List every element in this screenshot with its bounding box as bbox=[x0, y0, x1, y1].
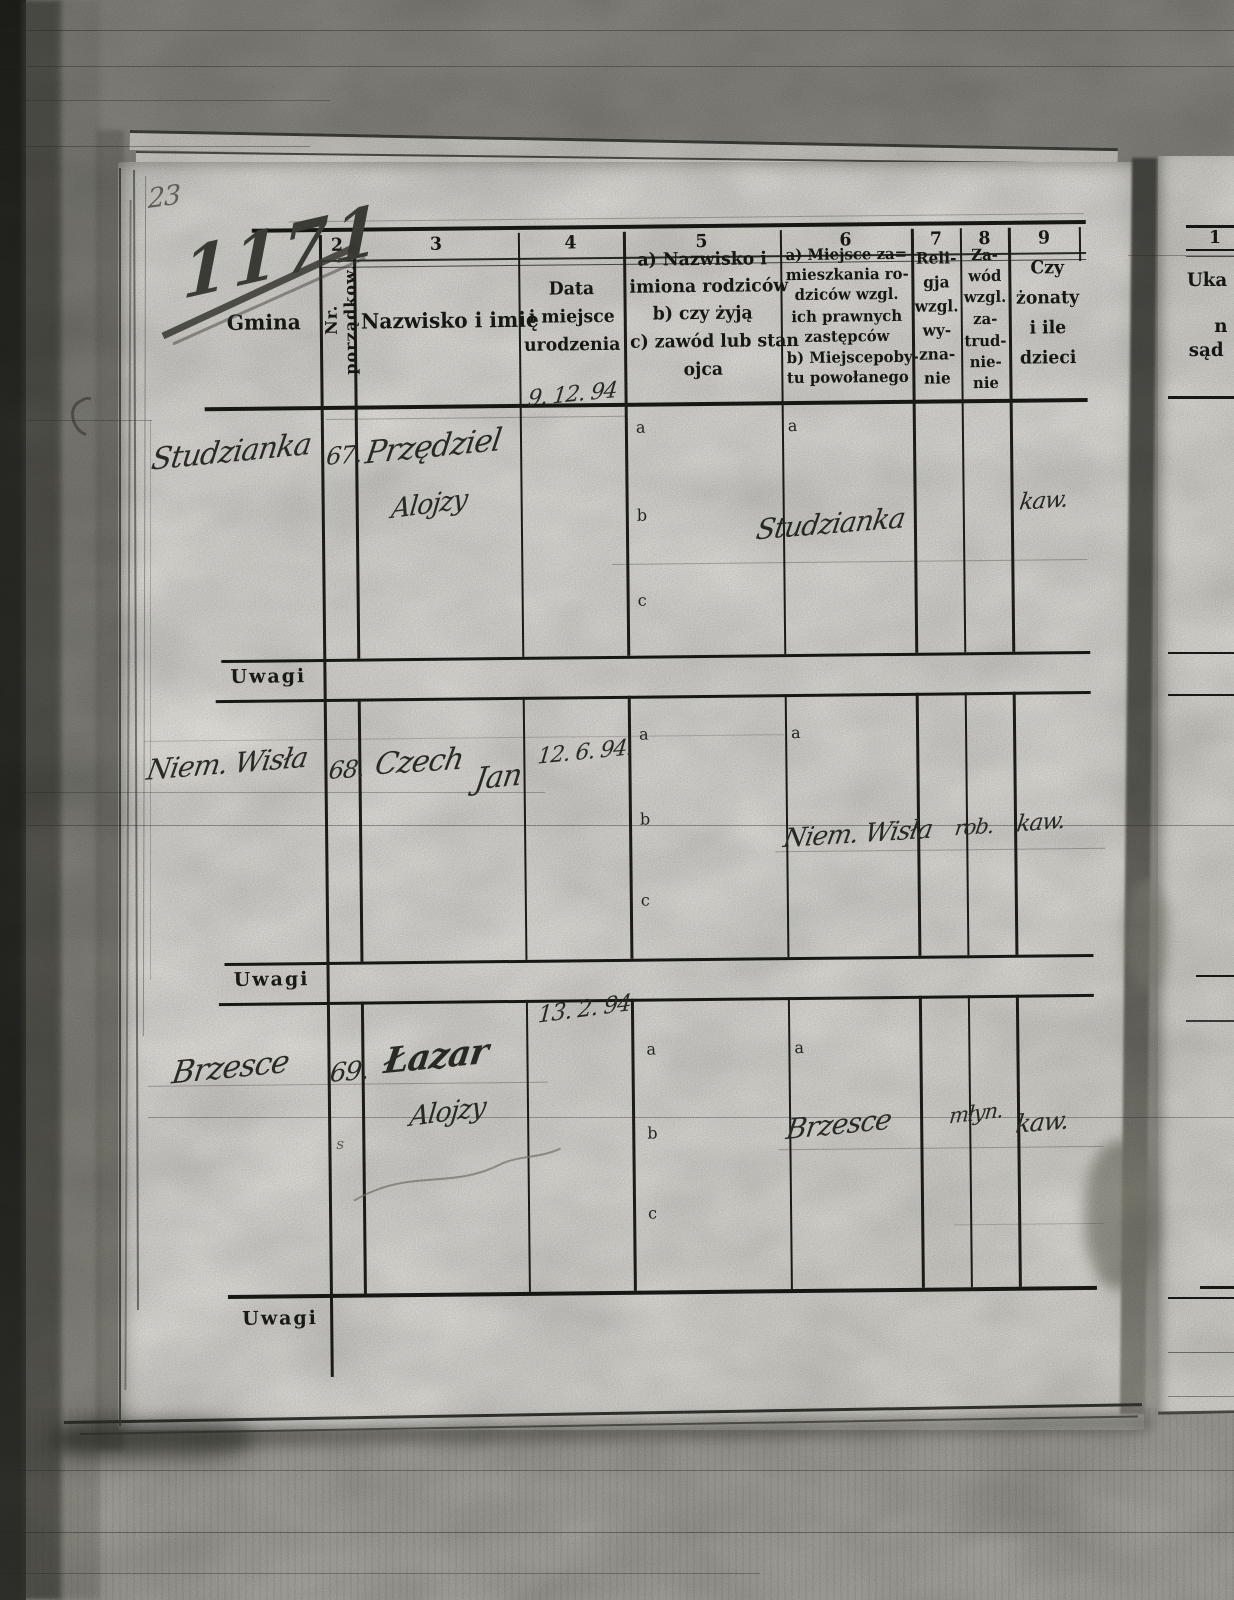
row-68-residence: Niem. Wisła bbox=[781, 817, 934, 853]
header-col5-line: c) zawód lub stan bbox=[630, 332, 776, 352]
uwagi-band-top bbox=[228, 1286, 1097, 1299]
header-col7-line: zna- bbox=[915, 346, 959, 363]
rule-line bbox=[954, 1223, 1104, 1226]
header-bottom-border bbox=[205, 398, 1088, 411]
header-col7-line: nie bbox=[915, 370, 959, 387]
marker-c: c bbox=[641, 893, 650, 909]
row-67-nr: 67. bbox=[325, 442, 362, 469]
marker-b: b bbox=[647, 1126, 657, 1142]
header-col4-line: urodzenia bbox=[524, 336, 620, 356]
header-col7-line: wy- bbox=[915, 322, 959, 339]
scanned-registry-page: { "annotations": { "corner_number": "23"… bbox=[0, 0, 1234, 1600]
header-col6-line: mieszkania ro- bbox=[786, 266, 907, 284]
header-col8-line: Za- bbox=[963, 247, 1006, 264]
row-69-firstname: Alojzy bbox=[408, 1093, 487, 1131]
row-69-residence: Brzesce bbox=[784, 1105, 893, 1144]
row-68-occupation: rob. bbox=[953, 816, 995, 840]
adjacent-line bbox=[1168, 652, 1234, 654]
row-68-marital: kaw. bbox=[1015, 810, 1066, 837]
uwagi-label: Uwagi bbox=[234, 968, 310, 991]
rule-line bbox=[778, 1146, 1103, 1150]
col-number-7: 7 bbox=[914, 230, 958, 249]
adjacent-col-number-1: 1 bbox=[1201, 229, 1230, 248]
marker-a: a bbox=[794, 1040, 804, 1056]
marker-b: b bbox=[637, 508, 647, 524]
page-corner-number: 23 bbox=[148, 181, 180, 213]
marker-a: a bbox=[646, 1042, 656, 1058]
adjacent-line bbox=[1168, 1352, 1234, 1353]
col-border bbox=[1016, 995, 1022, 1287]
header-col6-line: zastępców bbox=[786, 328, 907, 346]
row-68-gmina: Niem. Wisła bbox=[145, 744, 310, 785]
adjacent-line bbox=[1200, 1286, 1234, 1289]
col-border bbox=[911, 229, 918, 653]
adjacent-line bbox=[1168, 1396, 1234, 1397]
adjacent-header-bottom bbox=[1168, 396, 1234, 399]
header-col9-line: żonaty bbox=[1013, 289, 1082, 309]
marker-a: a bbox=[791, 725, 801, 741]
adjacent-header-fragment: n bbox=[1214, 317, 1227, 337]
marker-c: c bbox=[648, 1206, 657, 1222]
row-69-name: Łazar bbox=[382, 1034, 490, 1080]
header-col5-line: a) Nazwisko i bbox=[629, 250, 775, 270]
row-68-firstname: Jan bbox=[473, 760, 524, 795]
header-col8-line: trud- bbox=[964, 333, 1007, 350]
rule-line bbox=[326, 416, 626, 420]
row-67-firstname: Alojzy bbox=[390, 486, 469, 524]
uwagi-label: Uwagi bbox=[230, 665, 306, 688]
uwagi-band-bottom bbox=[216, 691, 1091, 703]
header-col5-line: ojca bbox=[630, 360, 776, 380]
row-68-birth-date: 12. 6. 94. bbox=[536, 737, 633, 769]
adjacent-header-fragment: sąd bbox=[1189, 341, 1224, 361]
header-col6-line: ich prawnych bbox=[786, 308, 907, 326]
col-border bbox=[631, 999, 637, 1291]
header-col9-line: Czy bbox=[1013, 259, 1082, 279]
strike-through-mark bbox=[145, 228, 385, 358]
col-number-9: 9 bbox=[1011, 229, 1076, 249]
adjacent-number-rule bbox=[1186, 249, 1234, 251]
adjacent-header-fragment: Uka bbox=[1187, 271, 1227, 291]
row-67-name: Przędziel bbox=[363, 425, 503, 470]
row-68-name: Czech bbox=[373, 745, 466, 781]
header-col7-line: gja bbox=[914, 274, 958, 291]
uwagi-band-top bbox=[224, 954, 1093, 966]
col-border bbox=[919, 996, 925, 1288]
header-col6-line: a) Miejsce za= bbox=[786, 246, 907, 264]
row-69-nr: 69. bbox=[329, 1058, 370, 1087]
header-col8-line: nie- bbox=[964, 354, 1007, 371]
header-col4-line: i miejsce bbox=[524, 308, 620, 328]
header-col8-line: wzgl. bbox=[963, 289, 1006, 306]
header-col8-line: nie bbox=[964, 375, 1007, 392]
header-col6-line: b) Miejscepoby- bbox=[787, 349, 908, 367]
row-67-gmina: Studzianka bbox=[149, 430, 313, 476]
pencil-flourish bbox=[348, 1136, 569, 1208]
col-number-4: 4 bbox=[522, 234, 619, 254]
header-col8-line: wód bbox=[963, 268, 1006, 285]
uwagi-band-bottom bbox=[219, 994, 1094, 1006]
marker-b: b bbox=[640, 812, 650, 828]
header-col4-line: Data bbox=[523, 280, 619, 300]
row-67-residence: Studzianka bbox=[754, 504, 907, 544]
header-col6-line: tu powołanego bbox=[787, 369, 908, 387]
row-69-marital: kaw. bbox=[1014, 1107, 1070, 1137]
marker-a: a bbox=[788, 418, 798, 434]
header-col9-line: i ile bbox=[1013, 319, 1082, 339]
adjacent-number-rule-2 bbox=[1186, 256, 1234, 257]
row-68-nr: 68. bbox=[328, 757, 366, 783]
uwagi-band-top bbox=[221, 651, 1090, 663]
small-mark: s bbox=[336, 1137, 343, 1152]
marker-c: c bbox=[638, 593, 647, 609]
header-col5-line: imiona rodziców bbox=[629, 277, 775, 297]
col-border bbox=[968, 995, 973, 1287]
marker-a: a bbox=[639, 727, 649, 743]
uwagi-label: Uwagi bbox=[242, 1307, 318, 1330]
adjacent-line bbox=[1186, 1020, 1234, 1022]
header-col5-line: b) czy żyją bbox=[630, 304, 776, 324]
row-69-occupation: młyn. bbox=[948, 1100, 1003, 1128]
row-69-birth-date: 13. 2. 94 bbox=[537, 992, 631, 1028]
col-border bbox=[1079, 227, 1081, 261]
adjacent-line bbox=[1168, 694, 1234, 696]
row-67-marital: kaw. bbox=[1018, 488, 1069, 514]
adjacent-line bbox=[1168, 1297, 1234, 1299]
header-col6-line: dziców wzgl. bbox=[786, 286, 907, 304]
header-col9-line: dzieci bbox=[1014, 349, 1083, 369]
adjacent-line bbox=[1196, 975, 1234, 977]
row-69-gmina: Brzesce bbox=[170, 1047, 291, 1090]
header-col7-line: Reli- bbox=[914, 250, 958, 267]
header-col7-line: wzgl. bbox=[914, 298, 958, 315]
marker-a: a bbox=[636, 420, 646, 436]
header-col8-line: za- bbox=[964, 311, 1007, 328]
rule-line bbox=[612, 559, 1087, 565]
